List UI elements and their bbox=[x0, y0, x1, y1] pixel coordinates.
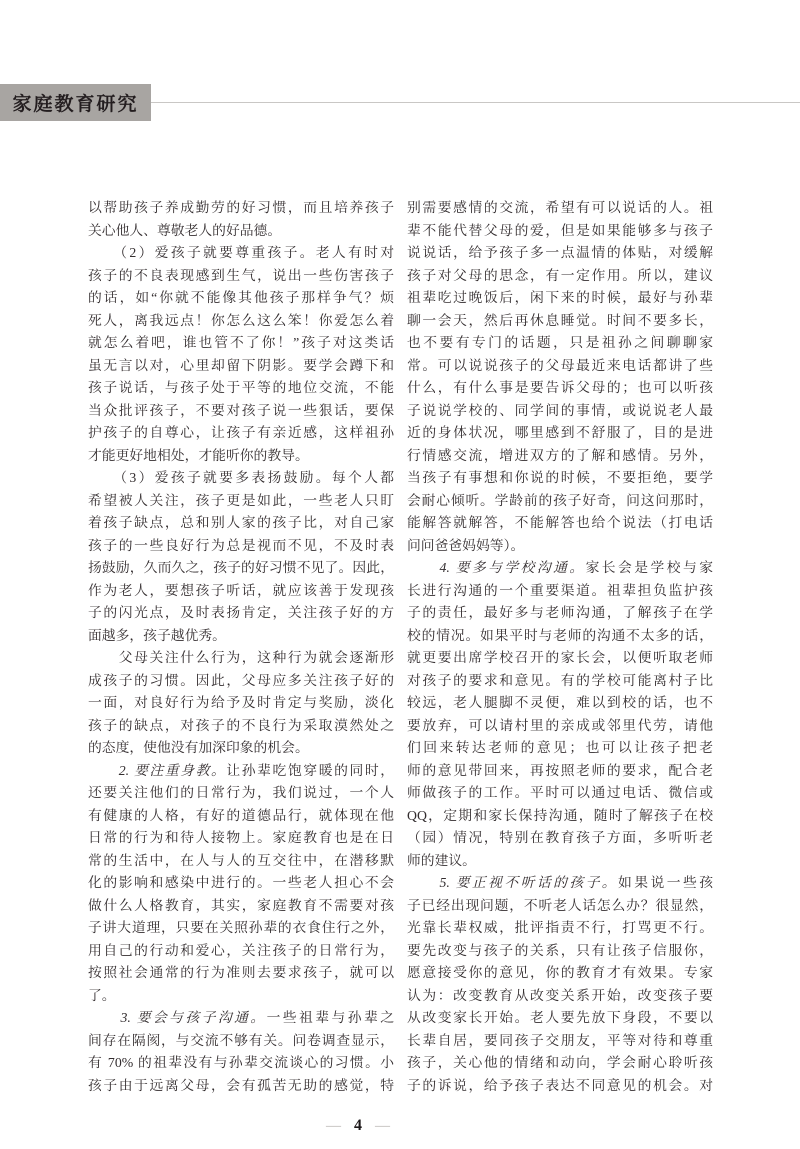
body-text: 做什么人格教育，其实，家庭教育不需要对孩 bbox=[88, 898, 394, 913]
text-line: （2）爱孩子就要尊重孩子。老人有时对 bbox=[88, 242, 394, 265]
body-text: 孩子对父母的思念，有一定作用。所以，建议 bbox=[407, 268, 713, 283]
body-text: 对孩子的要求和意见。有的学校可能离村子比 bbox=[407, 673, 713, 688]
body-text: 死人，离我远点！你怎么这么笨！你爱怎么着 bbox=[88, 313, 394, 328]
body-text: 认为：改变教育从改变关系开始，改变孩子要 bbox=[407, 988, 713, 1003]
body-text: 师的意见带回来，再按照老师的要求，配合老 bbox=[407, 763, 713, 778]
text-line: 孩子，关心他的情绪和动向，学会耐心聆听孩 bbox=[407, 1052, 713, 1075]
column-right: 别需要感情的交流，希望有可以说话的人。祖辈不能代替父母的爱，但是如果能够多与孩子… bbox=[407, 197, 713, 1097]
text-line: 护孩子的自尊心，让孩子有亲近感，这样祖孙 bbox=[88, 422, 394, 445]
footer: — 4 — bbox=[258, 1113, 458, 1139]
body-text: 长进行沟通的一个重要渠道。祖辈担负监护孩 bbox=[407, 583, 713, 598]
text-line: 辈不能代替父母的爱，但是如果能够多与孩子 bbox=[407, 220, 713, 243]
text-line: 死人，离我远点！你怎么这么笨！你爱怎么着 bbox=[88, 310, 394, 333]
body-text: 化的影响和感染中进行的。一些老人担心不会 bbox=[88, 875, 394, 890]
body-text: 子说说学校的、同学间的事情，或说说老人最 bbox=[407, 403, 713, 418]
text-line: 了。 bbox=[88, 985, 394, 1008]
text-line: 从改变家长开始。老人要先放下身段，不要以 bbox=[407, 1007, 713, 1030]
body-text: 说说话，给予孩子多一点温情的体贴，对缓解 bbox=[407, 245, 713, 260]
body-text: 子已经出现问题，不听老人话怎么办？很显然， bbox=[407, 898, 713, 913]
text-line: 当孩子有事想和你说的时候，不要拒绝，要学 bbox=[407, 467, 713, 490]
text-line: 愿意接受你的意见，你的教育才有效果。专家 bbox=[407, 962, 713, 985]
footer-dash-left: — bbox=[326, 1118, 341, 1135]
body-text: 父母关注什么行为，这种行为就会逐渐形 bbox=[88, 650, 394, 665]
body-text: 子讲大道理，只要在关照孙辈的衣食住行之外， bbox=[88, 920, 394, 935]
text-line: 2. 要注重身教。让孙辈吃饱穿暖的同时， bbox=[88, 760, 394, 783]
text-line: 师做孩子的工作。平时可以通过电话、微信或 bbox=[407, 782, 713, 805]
text-line: 子的责任，最好多与老师沟通，了解孩子在学 bbox=[407, 602, 713, 625]
text-line: QQ，定期和家长保持沟通，随时了解孩子在校 bbox=[407, 805, 713, 828]
body-text: 才能更好地相处，才能听你的教导。 bbox=[88, 448, 309, 463]
body-text: 近的身体状况，哪里感到不舒服了，目的是进 bbox=[407, 425, 713, 440]
body-text: 要先改变与孩子的关系，只有让孩子信服你， bbox=[407, 943, 713, 958]
text-line: 就怎么着吧，谁也管不了你！”孩子对这类话 bbox=[88, 332, 394, 355]
body-text: 护孩子的自尊心，让孩子有亲近感，这样祖孙 bbox=[88, 425, 394, 440]
body-text: 孩子说话，与孩子处于平等的地位交流，不能 bbox=[88, 380, 394, 395]
text-line: 子说说学校的、同学间的事情，或说说老人最 bbox=[407, 400, 713, 423]
body-text: 着孩子缺点，总和别人家的孩子比，对自己家 bbox=[88, 515, 394, 530]
body-text: 子的责任，最好多与老师沟通，了解孩子在学 bbox=[407, 605, 713, 620]
body-text: 问问爸爸妈妈等）。 bbox=[407, 538, 524, 553]
body-text: 们回来转达老师的意见；也可以让孩子把老 bbox=[407, 740, 713, 755]
body-text: 祖辈吃过晚饭后，闲下来的时候，最好与孙辈 bbox=[407, 290, 713, 305]
text-line: 日常的行为和待人接物上。家庭教育也是在日 bbox=[88, 827, 394, 850]
text-line: （3）爱孩子就要多表扬鼓励。每个人都 bbox=[88, 467, 394, 490]
body-text: 行情感交流，增进双方的了解和感情。另外， bbox=[407, 448, 713, 463]
text-line: 成孩子的习惯。因此，父母应多关注孩子好的 bbox=[88, 670, 394, 693]
text-line: 常的生活中，在人与人的互交往中，在潜移默 bbox=[88, 850, 394, 873]
text-line: 长进行沟通的一个重要渠道。祖辈担负监护孩 bbox=[407, 580, 713, 603]
text-line: （园）情况，特别在教育孩子方面，多听听老 bbox=[407, 827, 713, 850]
text-line: 子的闪光点，及时表扬肯定，关注孩子好的方 bbox=[88, 602, 394, 625]
body-text: 师做孩子的工作。平时可以通过电话、微信或 bbox=[407, 785, 713, 800]
text-line: 光靠长辈权威，批评指责不行，打骂更不行。 bbox=[407, 917, 713, 940]
text-line: 就更要出席学校召开的家长会，以便听取老师 bbox=[407, 647, 713, 670]
text-line: 较远，老人腿脚不灵便，难以到校的话，也不 bbox=[407, 692, 713, 715]
body-text: 面越多，孩子越优秀。 bbox=[88, 628, 226, 643]
text-line: 关心他人、尊敬老人的好品德。 bbox=[88, 220, 394, 243]
text-line: 按照社会通常的行为准则去要求孩子，就可以 bbox=[88, 962, 394, 985]
body-text: 作为老人，要想孩子听话，就应该善于发现孩 bbox=[88, 583, 394, 598]
body-text: 了。 bbox=[88, 988, 116, 1003]
text-line: 孩子的不良表现感到生气，说出一些伤害孩子 bbox=[88, 265, 394, 288]
text-line: 说说话，给予孩子多一点温情的体贴，对缓解 bbox=[407, 242, 713, 265]
section-header-box: 家庭教育研究 bbox=[0, 84, 151, 121]
body-text: 就怎么着吧，谁也管不了你！”孩子对这类话 bbox=[88, 335, 394, 350]
text-line: 什么，有什么事是要告诉父母的；也可以听孩 bbox=[407, 377, 713, 400]
text-line: 孩子由于远离父母，会有孤苦无助的感觉，特 bbox=[88, 1075, 394, 1098]
text-line: 才能更好地相处，才能听你的教导。 bbox=[88, 445, 394, 468]
text-line: 5. 要正视不听话的孩子。如果说一些孩 bbox=[407, 872, 713, 895]
body-text: 什么，有什么事是要告诉父母的；也可以听孩 bbox=[407, 380, 713, 395]
section-heading: 4. 要多与学校沟通。 bbox=[407, 560, 586, 575]
body-text: 孩子，关心他的情绪和动向，学会耐心聆听孩 bbox=[407, 1055, 713, 1070]
body-text: 用自己的行动和爱心，关注孩子的日常行为， bbox=[88, 943, 394, 958]
body-text: 日常的行为和待人接物上。家庭教育也是在日 bbox=[88, 830, 394, 845]
text-line: 子讲大道理，只要在关照孙辈的衣食住行之外， bbox=[88, 917, 394, 940]
column-left: 以帮助孩子养成勤劳的好习惯，而且培养孩子关心他人、尊敬老人的好品德。 （2）爱孩… bbox=[88, 197, 394, 1097]
text-line: 孩子说话，与孩子处于平等的地位交流，不能 bbox=[88, 377, 394, 400]
text-line: 孩子对父母的思念，有一定作用。所以，建议 bbox=[407, 265, 713, 288]
section-heading: 5. 要正视不听话的孩子。 bbox=[407, 875, 618, 890]
body-text: （园）情况，特别在教育孩子方面，多听听老 bbox=[407, 830, 713, 845]
body-text: 让孙辈吃饱穿暖的同时， bbox=[226, 763, 394, 778]
body-text: 孩子的一些良好行为总是视而不见，不及时表 bbox=[88, 538, 394, 553]
body-text: 当众批评孩子，不要对孩子说一些狠话，要保 bbox=[88, 403, 394, 418]
text-line: 孩子的缺点，对孩子的不良行为采取漠然处之 bbox=[88, 715, 394, 738]
header-rule bbox=[151, 102, 800, 103]
page: { "header": { "title": "家庭教育研究" }, "foot… bbox=[0, 0, 800, 1149]
body-text: 家长会是学校与家 bbox=[586, 560, 713, 575]
body-text: 虽无言以对，心里却留下阴影。要学会蹲下和 bbox=[88, 358, 394, 373]
text-line: 聊一会天，然后再休息睡觉。时间不要多长， bbox=[407, 310, 713, 333]
text-line: 4. 要多与学校沟通。家长会是学校与家 bbox=[407, 557, 713, 580]
text-line: 有健康的人格，有好的道德品行，就体现在他 bbox=[88, 805, 394, 828]
body-text: 能解答就解答，不能解答也给个说法（打电话 bbox=[407, 515, 713, 530]
text-line: 也不要有专门的话题，只是祖孙之间聊聊家 bbox=[407, 332, 713, 355]
body-text: 校的情况。如果平时与老师的沟通不太多的话， bbox=[407, 628, 713, 643]
body-text: 会耐心倾听。学龄前的孩子好奇，问这问那时， bbox=[407, 493, 713, 508]
text-line: 希望被人关注，孩子更是如此，一些老人只盯 bbox=[88, 490, 394, 513]
text-line: 当众批评孩子，不要对孩子说一些狠话，要保 bbox=[88, 400, 394, 423]
body-text: 的态度，使他没有加深印象的机会。 bbox=[88, 740, 309, 755]
text-line: 的话，如“你就不能像其他孩子那样争气？烦 bbox=[88, 287, 394, 310]
text-line: 以帮助孩子养成勤劳的好习惯，而且培养孩子 bbox=[88, 197, 394, 220]
body-text: 常的生活中，在人与人的互交往中，在潜移默 bbox=[88, 853, 394, 868]
body-text: 有健康的人格，有好的道德品行，就体现在他 bbox=[88, 808, 394, 823]
text-line: 父母关注什么行为，这种行为就会逐渐形 bbox=[88, 647, 394, 670]
page-number: 4 bbox=[354, 1117, 362, 1135]
body-text: 希望被人关注，孩子更是如此，一些老人只盯 bbox=[88, 493, 394, 508]
text-line: 扬鼓励，久而久之，孩子的好习惯不见了。因此， bbox=[88, 557, 394, 580]
text-line: 一面，对良好行为给予及时肯定与奖励，淡化 bbox=[88, 692, 394, 715]
text-line: 祖辈吃过晚饭后，闲下来的时候，最好与孙辈 bbox=[407, 287, 713, 310]
body-text: （2）爱孩子就要尊重孩子。老人有时对 bbox=[88, 245, 394, 260]
text-line: 虽无言以对，心里却留下阴影。要学会蹲下和 bbox=[88, 355, 394, 378]
body-text: 有 70% 的祖辈没有与孙辈交流谈心的习惯。小 bbox=[88, 1055, 394, 1070]
section-heading: 2. 要注重身教。 bbox=[88, 763, 226, 778]
body-text: 按照社会通常的行为准则去要求孩子，就可以 bbox=[88, 965, 394, 980]
text-line: 认为：改变教育从改变关系开始，改变孩子要 bbox=[407, 985, 713, 1008]
text-line: 近的身体状况，哪里感到不舒服了，目的是进 bbox=[407, 422, 713, 445]
section-header-title: 家庭教育研究 bbox=[12, 89, 138, 116]
body-text: 常。可以说说孩子的父母最近来电话都讲了些 bbox=[407, 358, 713, 373]
body-text: QQ，定期和家长保持沟通，随时了解孩子在校 bbox=[407, 808, 713, 823]
text-line: 师的意见带回来，再按照老师的要求，配合老 bbox=[407, 760, 713, 783]
footer-dash-right: — bbox=[375, 1118, 390, 1135]
body-text: 孩子的不良表现感到生气，说出一些伤害孩子 bbox=[88, 268, 394, 283]
body-text: 别需要感情的交流，希望有可以说话的人。祖 bbox=[407, 200, 713, 215]
body-text: 间存在隔阂，与交流不够有关。问卷调查显示， bbox=[88, 1033, 394, 1048]
text-line: 问问爸爸妈妈等）。 bbox=[407, 535, 713, 558]
text-line: 行情感交流，增进双方的了解和感情。另外， bbox=[407, 445, 713, 468]
text-line: 长辈自居，要同孩子交朋友，平等对待和尊重 bbox=[407, 1030, 713, 1053]
text-line: 3. 要会与孩子沟通。一些祖辈与孙辈之 bbox=[88, 1007, 394, 1030]
body-text: 辈不能代替父母的爱，但是如果能够多与孩子 bbox=[407, 223, 713, 238]
text-line: 子的诉说，给予孩子表达不同意见的机会。对 bbox=[407, 1075, 713, 1098]
body-text: 聊一会天，然后再休息睡觉。时间不要多长， bbox=[407, 313, 713, 328]
text-line: 师的建议。 bbox=[407, 850, 713, 873]
text-line: 常。可以说说孩子的父母最近来电话都讲了些 bbox=[407, 355, 713, 378]
body-text: （3）爱孩子就要多表扬鼓励。每个人都 bbox=[88, 470, 394, 485]
body-text: 一些祖辈与孙辈之 bbox=[267, 1010, 394, 1025]
text-line: 有 70% 的祖辈没有与孙辈交流谈心的习惯。小 bbox=[88, 1052, 394, 1075]
body-text: 以帮助孩子养成勤劳的好习惯，而且培养孩子 bbox=[88, 200, 394, 215]
body-text: 长辈自居，要同孩子交朋友，平等对待和尊重 bbox=[407, 1033, 713, 1048]
text-line: 能解答就解答，不能解答也给个说法（打电话 bbox=[407, 512, 713, 535]
body-text: 扬鼓励，久而久之，孩子的好习惯不见了。因此， bbox=[88, 560, 394, 575]
section-heading: 3. 要会与孩子沟通。 bbox=[88, 1010, 267, 1025]
body-text: 子的闪光点，及时表扬肯定，关注孩子好的方 bbox=[88, 605, 394, 620]
text-line: 作为老人，要想孩子听话，就应该善于发现孩 bbox=[88, 580, 394, 603]
body-text: 子的诉说，给予孩子表达不同意见的机会。对 bbox=[407, 1078, 713, 1093]
body-text: 较远，老人腿脚不灵便，难以到校的话，也不 bbox=[407, 695, 713, 710]
text-line: 间存在隔阂，与交流不够有关。问卷调查显示， bbox=[88, 1030, 394, 1053]
text-line: 化的影响和感染中进行的。一些老人担心不会 bbox=[88, 872, 394, 895]
text-line: 要放弃，可以请村里的亲成或邻里代劳，请他 bbox=[407, 715, 713, 738]
body-text: 光靠长辈权威，批评指责不行，打骂更不行。 bbox=[407, 920, 713, 935]
body-text: 的话，如“你就不能像其他孩子那样争气？烦 bbox=[88, 290, 394, 305]
body-text: 愿意接受你的意见，你的教育才有效果。专家 bbox=[407, 965, 713, 980]
body-text: 师的建议。 bbox=[407, 853, 476, 868]
body-text: 当孩子有事想和你说的时候，不要拒绝，要学 bbox=[407, 470, 713, 485]
text-line: 要先改变与孩子的关系，只有让孩子信服你， bbox=[407, 940, 713, 963]
body-text: 关心他人、尊敬老人的好品德。 bbox=[88, 223, 281, 238]
body-text: 孩子的缺点，对孩子的不良行为采取漠然处之 bbox=[88, 718, 394, 733]
body-text: 也不要有专门的话题，只是祖孙之间聊聊家 bbox=[407, 335, 713, 350]
text-line: 孩子的一些良好行为总是视而不见，不及时表 bbox=[88, 535, 394, 558]
text-line: 会耐心倾听。学龄前的孩子好奇，问这问那时， bbox=[407, 490, 713, 513]
body-text: 孩子由于远离父母，会有孤苦无助的感觉，特 bbox=[88, 1078, 394, 1093]
body-text: 要放弃，可以请村里的亲成或邻里代劳，请他 bbox=[407, 718, 713, 733]
text-line: 着孩子缺点，总和别人家的孩子比，对自己家 bbox=[88, 512, 394, 535]
body-text: 还要关注他们的日常行为，我们说过，一个人 bbox=[88, 785, 394, 800]
text-line: 用自己的行动和爱心，关注孩子的日常行为， bbox=[88, 940, 394, 963]
text-line: 还要关注他们的日常行为，我们说过，一个人 bbox=[88, 782, 394, 805]
text-line: 们回来转达老师的意见；也可以让孩子把老 bbox=[407, 737, 713, 760]
text-line: 做什么人格教育，其实，家庭教育不需要对孩 bbox=[88, 895, 394, 918]
text-line: 的态度，使他没有加深印象的机会。 bbox=[88, 737, 394, 760]
body-text: 成孩子的习惯。因此，父母应多关注孩子好的 bbox=[88, 673, 394, 688]
body-text: 如果说一些孩 bbox=[618, 875, 713, 890]
text-line: 对孩子的要求和意见。有的学校可能离村子比 bbox=[407, 670, 713, 693]
text-line: 子已经出现问题，不听老人话怎么办？很显然， bbox=[407, 895, 713, 918]
text-line: 别需要感情的交流，希望有可以说话的人。祖 bbox=[407, 197, 713, 220]
body-text: 从改变家长开始。老人要先放下身段，不要以 bbox=[407, 1010, 713, 1025]
body-text: 就更要出席学校召开的家长会，以便听取老师 bbox=[407, 650, 713, 665]
text-line: 校的情况。如果平时与老师的沟通不太多的话， bbox=[407, 625, 713, 648]
body-text: 一面，对良好行为给予及时肯定与奖励，淡化 bbox=[88, 695, 394, 710]
text-line: 面越多，孩子越优秀。 bbox=[88, 625, 394, 648]
